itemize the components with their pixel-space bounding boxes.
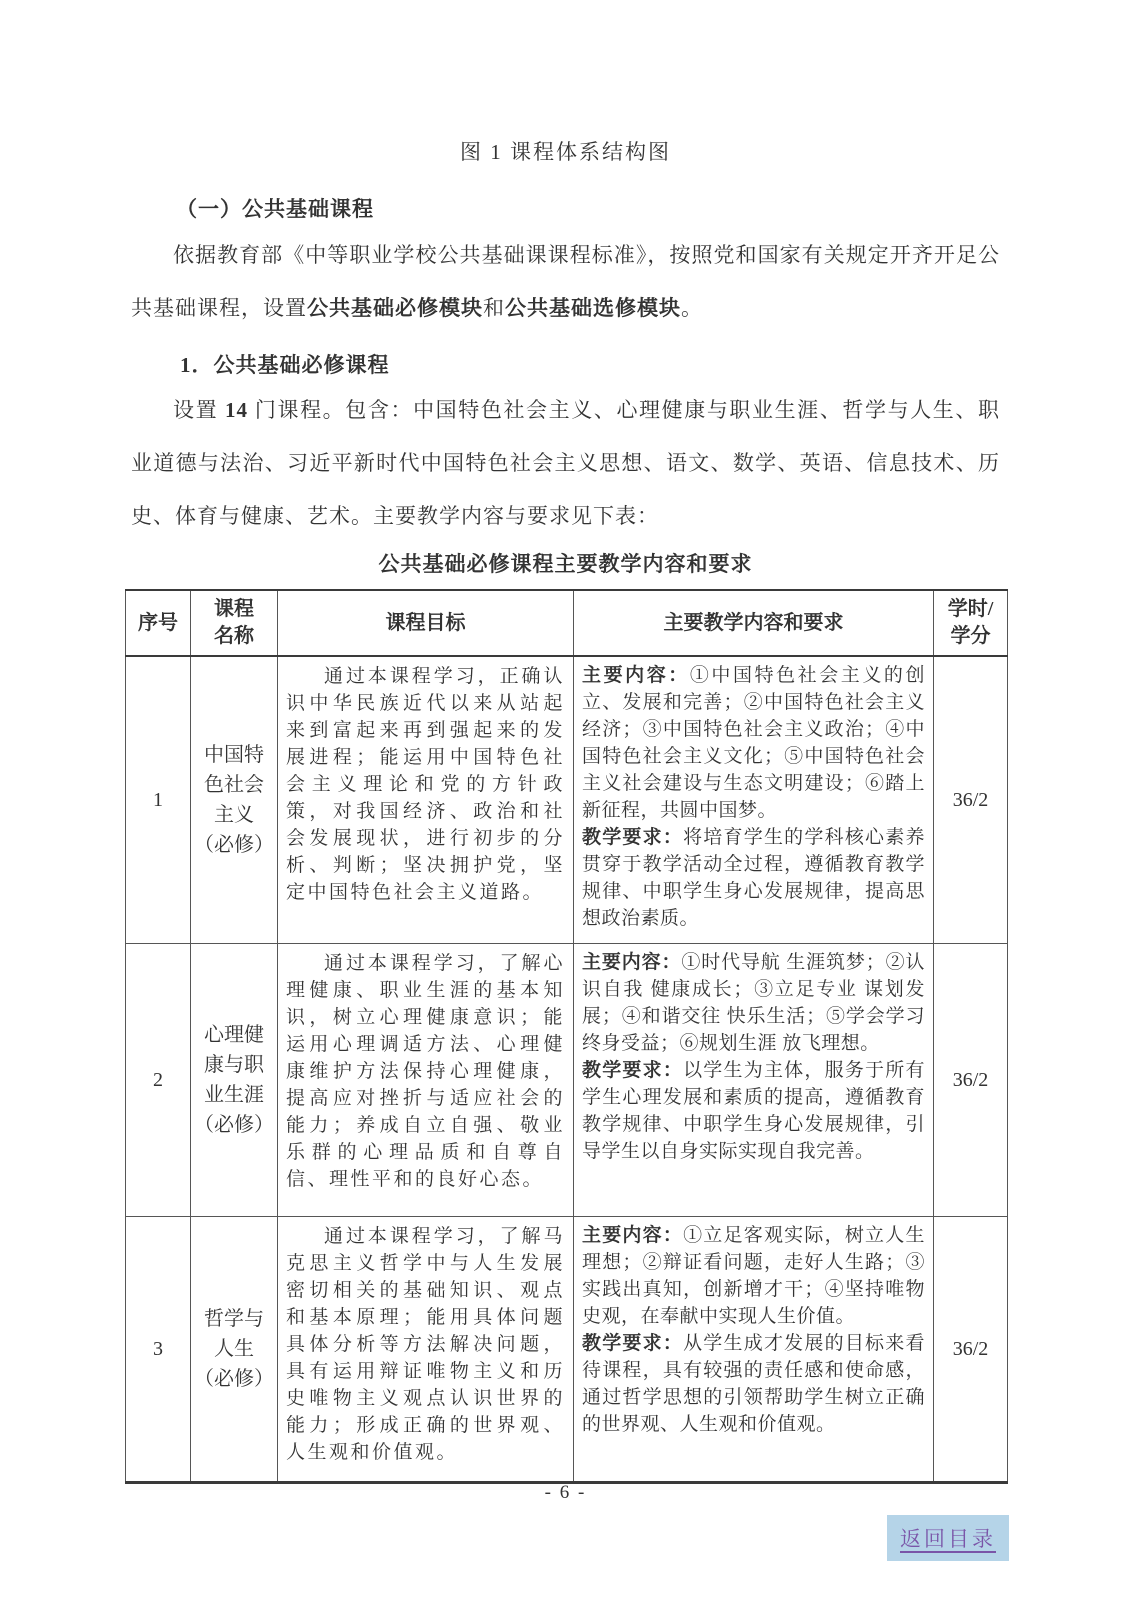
paragraph-course-list: 设置 14 门课程。包含：中国特色社会主义、心理健康与职业生涯、哲学与人生、职业… <box>131 384 1000 543</box>
cell-hours-credits: 36/2 <box>934 1217 1008 1483</box>
header-course-name: 课程 名称 <box>191 590 278 656</box>
para1-period: 。 <box>681 296 703 320</box>
para1-bold-elective-module: 公共基础选修模块 <box>505 296 681 320</box>
cell-seq-no: 3 <box>126 1217 191 1483</box>
cell-seq-no: 2 <box>126 944 191 1217</box>
para1-bold-required-module: 公共基础必修模块 <box>307 296 483 320</box>
table-header-row: 序号 课程 名称 课程目标 主要教学内容和要求 学时/ 学分 <box>126 590 1008 656</box>
teaching-requirement-label: 教学要求： <box>582 1060 683 1081</box>
paragraph-public-basic-courses: 依据教育部《中等职业学校公共基础课课程标准》，按照党和国家有关规定开齐开足公共基… <box>131 229 1000 335</box>
header-seq-no: 序号 <box>126 590 191 656</box>
courses-table: 序号 课程 名称 课程目标 主要教学内容和要求 学时/ 学分 1 中国特 色社会… <box>125 589 1008 1484</box>
main-content-label: 主要内容： <box>582 1225 683 1246</box>
section-heading: （一）公共基础课程 <box>176 193 374 223</box>
main-content-paragraph: 主要内容：①时代导航 生涯筑梦；②认识自我 健康成长；③立足专业 谋划发展；④和… <box>582 949 925 1057</box>
cell-main-content: 主要内容：①立足客观实际，树立人生理想；②辩证看问题，走好人生路；③实践出真知，… <box>574 1217 934 1483</box>
teaching-requirement-paragraph: 教学要求：从学生成才发展的目标来看待课程，具有较强的责任感和使命感，通过哲学思想… <box>582 1330 925 1438</box>
teaching-requirement-label: 教学要求： <box>582 827 683 848</box>
cell-main-content: 主要内容：①时代导航 生涯筑梦；②认识自我 健康成长；③立足专业 谋划发展；④和… <box>574 944 934 1217</box>
main-content-text: ①中国特色社会主义的创立、发展和完善；②中国特色社会主义经济；③中国特色社会主义… <box>582 665 925 821</box>
para2-bold-count: 14 <box>225 398 248 422</box>
cell-course-name: 哲学与 人生 （必修） <box>191 1217 278 1483</box>
cell-course-name: 心理健 康与职 业生涯 （必修） <box>191 944 278 1217</box>
teaching-requirement-label: 教学要求： <box>582 1333 683 1354</box>
table-row: 1 中国特 色社会 主义 （必修） 通过本课程学习，正确认识中华民族近代以来从站… <box>126 656 1008 944</box>
subsection-heading: 1．公共基础必修课程 <box>180 349 390 379</box>
main-content-paragraph: 主要内容：①中国特色社会主义的创立、发展和完善；②中国特色社会主义经济；③中国特… <box>582 662 925 824</box>
document-page: 图 1 课程体系结构图 （一）公共基础课程 依据教育部《中等职业学校公共基础课课… <box>0 0 1131 1600</box>
cell-seq-no: 1 <box>126 656 191 944</box>
figure-caption: 图 1 课程体系结构图 <box>0 136 1131 166</box>
page-number: - 6 - <box>0 1482 1131 1504</box>
cell-course-objectives: 通过本课程学习，了解心理健康、职业生涯的基本知识，树立心理健康意识；能运用心理调… <box>278 944 574 1217</box>
cell-course-objectives: 通过本课程学习，正确认识中华民族近代以来从站起来到富起来再到强起来的发展进程；能… <box>278 656 574 944</box>
para2-text-post: 门课程。包含：中国特色社会主义、心理健康与职业生涯、哲学与人生、职业道德与法治、… <box>131 398 1000 528</box>
main-content-label: 主要内容： <box>582 665 690 686</box>
table-row: 3 哲学与 人生 （必修） 通过本课程学习，了解马克思主义哲学中与人生发展密切相… <box>126 1217 1008 1483</box>
main-content-paragraph: 主要内容：①立足客观实际，树立人生理想；②辩证看问题，走好人生路；③实践出真知，… <box>582 1222 925 1330</box>
teaching-requirement-paragraph: 教学要求：以学生为主体，服务于所有学生心理发展和素质的提高，遵循教育教学规律、中… <box>582 1057 925 1165</box>
header-main-content: 主要教学内容和要求 <box>574 590 934 656</box>
teaching-requirement-paragraph: 教学要求：将培育学生的学科核心素养贯穿于教学活动全过程，遵循教育教学规律、中职学… <box>582 824 925 932</box>
para2-text-pre: 设置 <box>173 398 225 422</box>
cell-main-content: 主要内容：①中国特色社会主义的创立、发展和完善；②中国特色社会主义经济；③中国特… <box>574 656 934 944</box>
para1-conjunction: 和 <box>483 296 505 320</box>
table-row: 2 心理健 康与职 业生涯 （必修） 通过本课程学习，了解心理健康、职业生涯的基… <box>126 944 1008 1217</box>
cell-hours-credits: 36/2 <box>934 944 1008 1217</box>
table-title: 公共基础必修课程主要教学内容和要求 <box>0 548 1131 578</box>
cell-course-name: 中国特 色社会 主义 （必修） <box>191 656 278 944</box>
header-hours-credits: 学时/ 学分 <box>934 590 1008 656</box>
header-course-objectives: 课程目标 <box>278 590 574 656</box>
cell-hours-credits: 36/2 <box>934 656 1008 944</box>
main-content-label: 主要内容： <box>582 952 681 973</box>
cell-course-objectives: 通过本课程学习，了解马克思主义哲学中与人生发展密切相关的基础知识、观点和基本原理… <box>278 1217 574 1483</box>
back-to-toc-link[interactable]: 返回目录 <box>887 1515 1009 1561</box>
